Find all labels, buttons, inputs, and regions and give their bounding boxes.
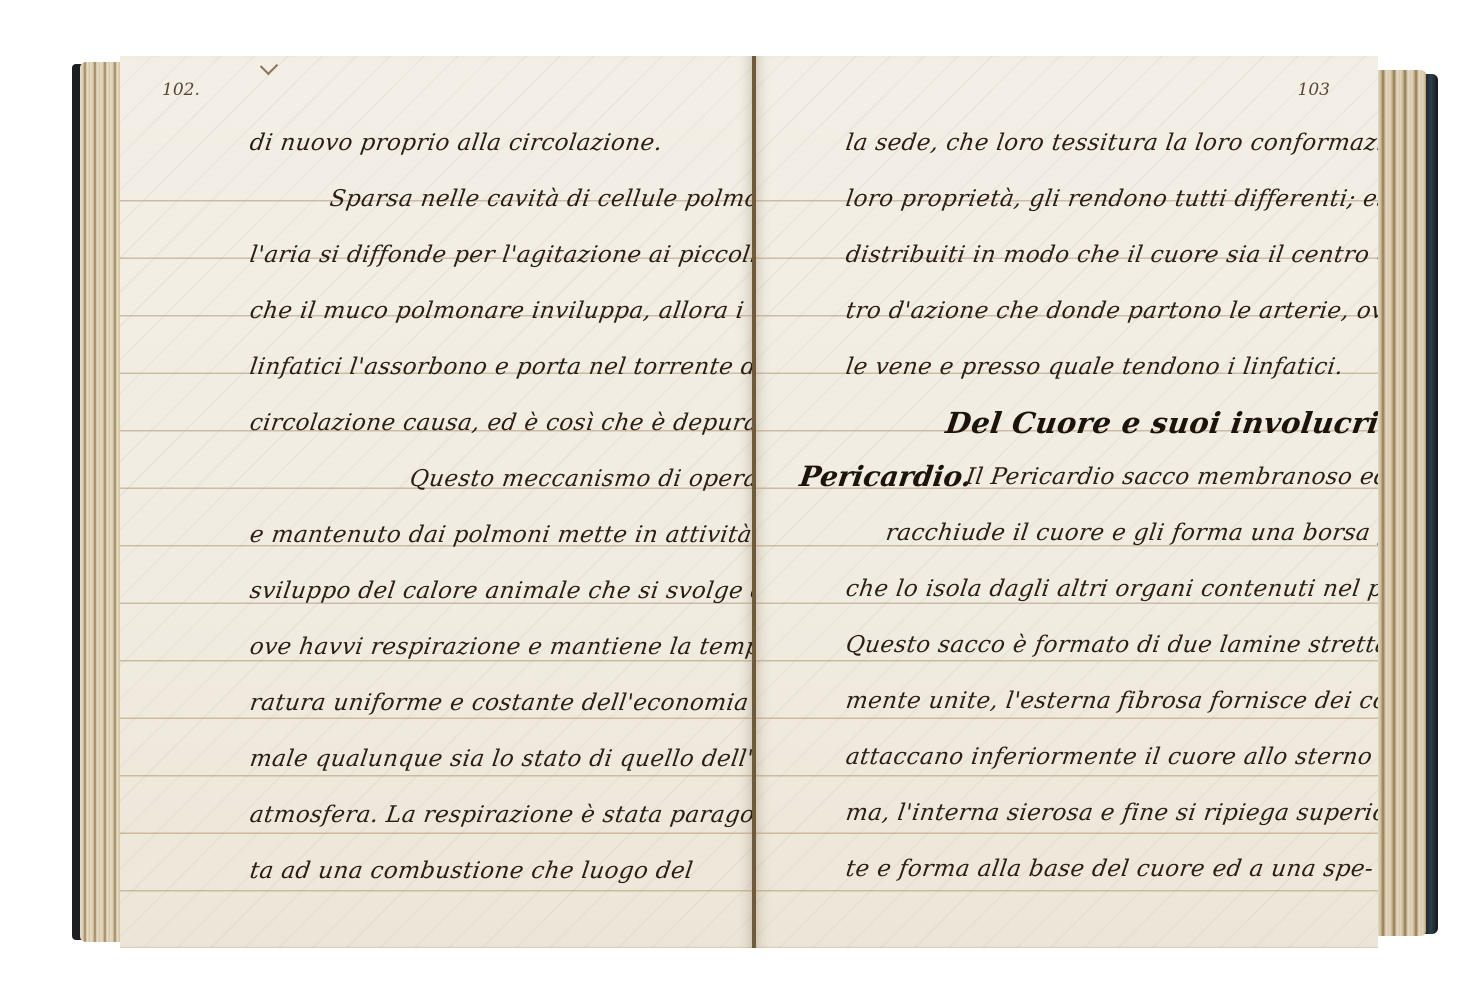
text-line: Questo sacco è formato di due lamine str… xyxy=(844,632,1378,658)
text-line: mente unite, l'esterna fibrosa fornisce … xyxy=(844,688,1378,714)
page-number: 102. xyxy=(162,80,200,100)
notebook: 102. di nuovo proprio alla circolazione.… xyxy=(72,56,1438,948)
text-line: sviluppo del calore animale che si svolg… xyxy=(248,578,752,604)
section-heading: Del Cuore e suoi involucri. xyxy=(944,406,1378,440)
text-line: attaccano inferiormente il cuore allo st… xyxy=(844,744,1378,770)
text-line: di nuovo proprio alla circolazione. xyxy=(248,130,664,156)
text-line: le vene e presso quale tendono i linfati… xyxy=(844,354,1345,380)
text-line: e mantenuto dai polmoni mette in attivit… xyxy=(248,522,752,548)
corner-crease-mark xyxy=(260,57,278,75)
text-line: Questo meccanismo di operazioni ha eccit… xyxy=(408,466,752,492)
right-page: 103 la sede, che loro tessitura la loro … xyxy=(756,56,1378,948)
text-line: te e forma alla base del cuore ed a una … xyxy=(844,856,1375,882)
text-line: ta ad una combustione che luogo del xyxy=(248,858,695,884)
text-line: ove havvi respirazione e mantiene la tem… xyxy=(248,634,752,660)
text-line: loro proprietà, gli rendono tutti differ… xyxy=(844,186,1378,212)
text-line: che lo isola dagli altri organi contenut… xyxy=(844,576,1378,602)
text-line: ratura uniforme e costante dell'economia… xyxy=(248,690,752,716)
text-line: linfatici l'assorbono e porta nel torren… xyxy=(248,354,752,380)
text-line: Il Pericardio sacco membranoso ed allung… xyxy=(964,464,1378,490)
text-line: che il muco polmonare inviluppa, allora … xyxy=(248,298,745,324)
text-line: male qualunque sia lo stato di quello de… xyxy=(248,746,752,772)
text-line: ma, l'interna sierosa e fine si ripiega … xyxy=(844,800,1378,826)
text-line: Sparsa nelle cavità di cellule polmonari xyxy=(328,186,752,212)
text-line: circolazione causa, ed è così che è depu… xyxy=(248,410,752,436)
scanned-notebook-spread: 102. di nuovo proprio alla circolazione.… xyxy=(0,0,1484,1000)
margin-label: Pericardio. xyxy=(798,460,974,493)
right-cover-edge xyxy=(1424,74,1438,934)
text-line: l'aria si diffonde per l'agitazione ai p… xyxy=(248,242,752,268)
text-line: la sede, che loro tessitura la loro conf… xyxy=(844,130,1378,156)
left-page-edges xyxy=(80,62,122,942)
text-line: atmosfera. La respirazione è stata parag… xyxy=(248,802,752,828)
left-page: 102. di nuovo proprio alla circolazione.… xyxy=(120,56,752,948)
text-line: distribuiti in modo che il cuore sia il … xyxy=(844,242,1378,268)
page-number: 103 xyxy=(1298,80,1330,100)
right-page-edges xyxy=(1378,70,1426,936)
text-line: tro d'azione che donde partono le arteri… xyxy=(844,298,1378,324)
text-line: racchiude il cuore e gli forma una borsa… xyxy=(884,520,1378,546)
